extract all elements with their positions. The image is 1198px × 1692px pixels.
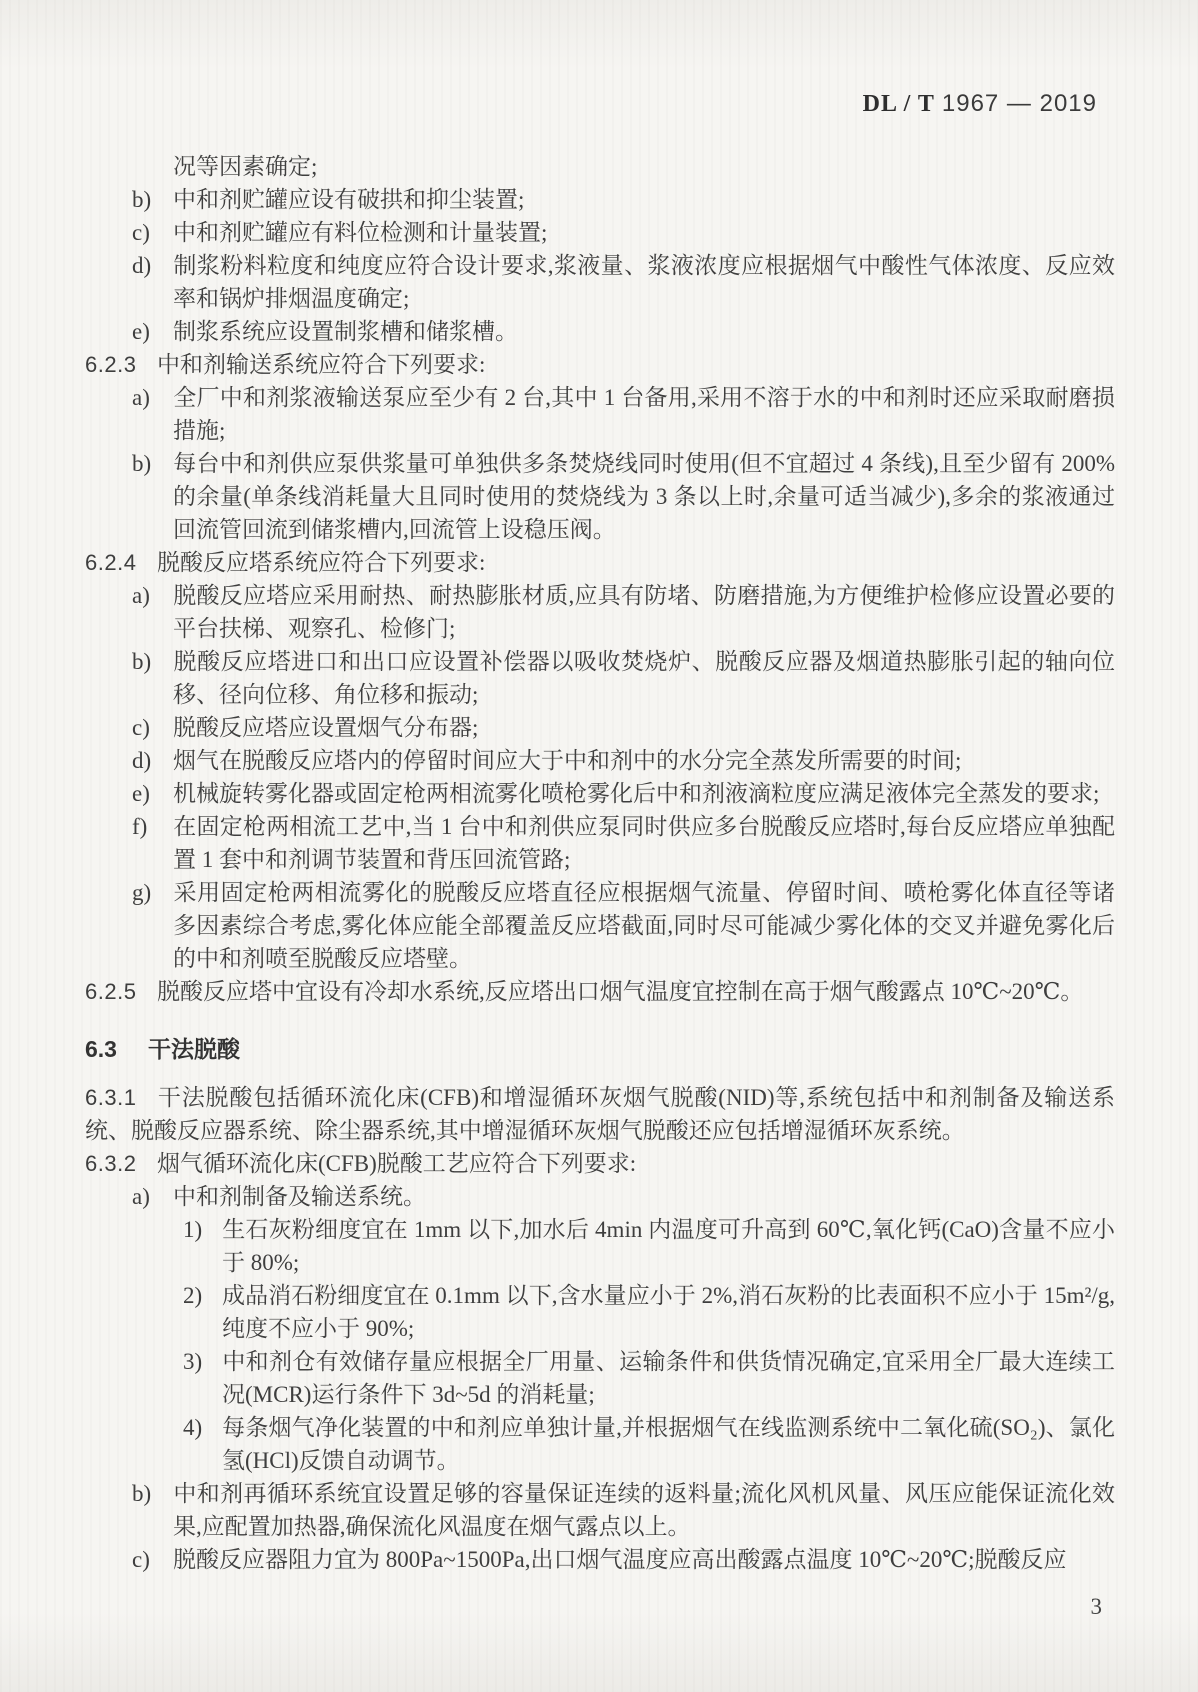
sub-item-1: 1)生石灰粉细度宜在 1mm 以下,加水后 4min 内温度可升高到 60℃,氧… — [85, 1213, 1115, 1279]
list-item-d: d)制浆粉料粒度和纯度应符合设计要求,浆液量、浆液浓度应根据烟气中酸性气体浓度、… — [85, 249, 1115, 315]
item-marker: d) — [132, 249, 173, 282]
list-item-a: a)中和剂制备及输送系统。 — [85, 1180, 1115, 1213]
item-marker: 3) — [183, 1345, 222, 1378]
clause-number: 6.2.4 — [85, 546, 157, 579]
item-marker: c) — [132, 1543, 173, 1576]
list-item-b: b)每台中和剂供应泵供浆量可单独供多条焚烧线同时使用(但不宜超过 4 条线),且… — [85, 447, 1115, 546]
item-marker: f) — [132, 810, 173, 843]
standard-code-number: 1967 — 2019 — [942, 90, 1097, 117]
item-marker: 1) — [183, 1213, 222, 1246]
list-item-e: e)制浆系统应设置制浆槽和储浆槽。 — [85, 315, 1115, 348]
item-marker: e) — [132, 777, 173, 810]
standard-code-prefix: DL / T — [863, 91, 935, 117]
item-text: 脱酸反应器阻力宜为 800Pa~1500Pa,出口烟气温度应高出酸露点温度 10… — [173, 1547, 1067, 1572]
item-marker: e) — [132, 315, 173, 348]
item-marker: a) — [132, 1180, 173, 1213]
item-text: 脱酸反应塔应设置烟气分布器; — [173, 715, 478, 740]
clause-number: 6.2.5 — [85, 975, 157, 1008]
item-marker: b) — [132, 645, 173, 678]
item-marker: c) — [132, 216, 173, 249]
list-item-a: a)全厂中和剂浆液输送泵应至少有 2 台,其中 1 台备用,采用不溶于水的中和剂… — [85, 381, 1115, 447]
clause-text: 干法脱酸包括循环流化床(CFB)和增湿循环灰烟气脱酸(NID)等,系统包括中和剂… — [85, 1085, 1115, 1143]
section-title: 干法脱酸 — [148, 1036, 240, 1062]
item-text: 每台中和剂供应泵供浆量可单独供多条焚烧线同时使用(但不宜超过 4 条线),且至少… — [173, 451, 1115, 542]
clause-6-2-4: 6.2.4脱酸反应塔系统应符合下列要求: — [85, 546, 1115, 579]
list-item-f: f)在固定枪两相流工艺中,当 1 台中和剂供应泵同时供应多台脱酸反应塔时,每台反… — [85, 810, 1115, 876]
clause-number: 6.3.1 — [85, 1081, 157, 1114]
item-text: 成品消石粉细度宜在 0.1mm 以下,含水量应小于 2%,消石灰粉的比表面积不应… — [222, 1283, 1115, 1341]
item-text: 烟气在脱酸反应塔内的停留时间应大于中和剂中的水分完全蒸发所需要的时间; — [173, 748, 961, 773]
item-marker: 4) — [183, 1411, 222, 1444]
list-item-b: b)中和剂再循环系统宜设置足够的容量保证连续的返料量;流化风机风量、风压应能保证… — [85, 1477, 1115, 1543]
page-header: DL / T 1967 — 2019 — [863, 90, 1097, 118]
clause-text: 脱酸反应塔系统应符合下列要求: — [157, 550, 485, 575]
clause-text: 烟气循环流化床(CFB)脱酸工艺应符合下列要求: — [157, 1151, 636, 1176]
list-item-b: b)中和剂贮罐应设有破拱和抑尘装置; — [85, 183, 1115, 216]
item-text: 制浆系统应设置制浆槽和储浆槽。 — [173, 319, 518, 344]
paragraph-text: 况等因素确定; — [173, 154, 317, 179]
item-marker: a) — [132, 579, 173, 612]
list-item-c: c)脱酸反应塔应设置烟气分布器; — [85, 711, 1115, 744]
sub-item-3: 3)中和剂仓有效储存量应根据全厂用量、运输条件和供货情况确定,宜采用全厂最大连续… — [85, 1345, 1115, 1411]
item-marker: a) — [132, 381, 173, 414]
clause-6-3-1: 6.3.1干法脱酸包括循环流化床(CFB)和增湿循环灰烟气脱酸(NID)等,系统… — [85, 1081, 1115, 1147]
clause-text: 中和剂输送系统应符合下列要求: — [157, 352, 485, 377]
section-number: 6.3 — [85, 1033, 148, 1066]
item-marker: d) — [132, 744, 173, 777]
list-item-g: g)采用固定枪两相流雾化的脱酸反应塔直径应根据烟气流量、停留时间、喷枪雾化体直径… — [85, 876, 1115, 975]
list-item-d: d)烟气在脱酸反应塔内的停留时间应大于中和剂中的水分完全蒸发所需要的时间; — [85, 744, 1115, 777]
item-text: 脱酸反应塔进口和出口应设置补偿器以吸收焚烧炉、脱酸反应器及烟道热膨胀引起的轴向位… — [173, 649, 1115, 707]
item-text: 中和剂贮罐应设有破拱和抑尘装置; — [173, 187, 524, 212]
list-item-e: e)机械旋转雾化器或固定枪两相流雾化喷枪雾化后中和剂液滴粒度应满足液体完全蒸发的… — [85, 777, 1115, 810]
clause-6-2-3: 6.2.3中和剂输送系统应符合下列要求: — [85, 348, 1115, 381]
item-text: 中和剂贮罐应有料位检测和计量装置; — [173, 220, 547, 245]
item-text: 中和剂仓有效储存量应根据全厂用量、运输条件和供货情况确定,宜采用全厂最大连续工况… — [222, 1349, 1115, 1407]
list-item-c: c)中和剂贮罐应有料位检测和计量装置; — [85, 216, 1115, 249]
item-marker: 2) — [183, 1279, 222, 1312]
list-item-a: a)脱酸反应塔应采用耐热、耐热膨胀材质,应具有防堵、防磨措施,为方便维护检修应设… — [85, 579, 1115, 645]
item-text: 机械旋转雾化器或固定枪两相流雾化喷枪雾化后中和剂液滴粒度应满足液体完全蒸发的要求… — [173, 781, 1099, 806]
item-text: 采用固定枪两相流雾化的脱酸反应塔直径应根据烟气流量、停留时间、喷枪雾化体直径等诸… — [173, 880, 1115, 971]
list-item-b: b)脱酸反应塔进口和出口应设置补偿器以吸收焚烧炉、脱酸反应器及烟道热膨胀引起的轴… — [85, 645, 1115, 711]
document-page: DL / T 1967 — 2019 况等因素确定; b)中和剂贮罐应设有破拱和… — [0, 0, 1198, 1692]
continuation-line: 况等因素确定; — [85, 150, 1115, 183]
document-body: 况等因素确定; b)中和剂贮罐应设有破拱和抑尘装置; c)中和剂贮罐应有料位检测… — [85, 150, 1115, 1576]
clause-number: 6.3.2 — [85, 1147, 157, 1180]
item-marker: g) — [132, 876, 173, 909]
section-heading-6-3: 6.3干法脱酸 — [85, 1033, 1115, 1066]
sub-item-4: 4)每条烟气净化装置的中和剂应单独计量,并根据烟气在线监测系统中二氧化硫(SO₂… — [85, 1411, 1115, 1477]
item-text: 制浆粉料粒度和纯度应符合设计要求,浆液量、浆液浓度应根据烟气中酸性气体浓度、反应… — [173, 253, 1115, 311]
item-text: 中和剂制备及输送系统。 — [173, 1184, 426, 1209]
item-marker: c) — [132, 711, 173, 744]
clause-number: 6.2.3 — [85, 348, 157, 381]
item-marker: b) — [132, 447, 173, 480]
list-item-c: c)脱酸反应器阻力宜为 800Pa~1500Pa,出口烟气温度应高出酸露点温度 … — [85, 1543, 1115, 1576]
item-text: 生石灰粉细度宜在 1mm 以下,加水后 4min 内温度可升高到 60℃,氧化钙… — [222, 1217, 1115, 1275]
page-number: 3 — [1091, 1593, 1103, 1621]
item-marker: b) — [132, 1477, 173, 1510]
sub-item-2: 2)成品消石粉细度宜在 0.1mm 以下,含水量应小于 2%,消石灰粉的比表面积… — [85, 1279, 1115, 1345]
clause-6-2-5: 6.2.5脱酸反应塔中宜设有冷却水系统,反应塔出口烟气温度宜控制在高于烟气酸露点… — [85, 975, 1115, 1008]
item-text: 每条烟气净化装置的中和剂应单独计量,并根据烟气在线监测系统中二氧化硫(SO₂)、… — [222, 1415, 1115, 1473]
item-text: 在固定枪两相流工艺中,当 1 台中和剂供应泵同时供应多台脱酸反应塔时,每台反应塔… — [173, 814, 1115, 872]
item-marker: b) — [132, 183, 173, 216]
clause-text: 脱酸反应塔中宜设有冷却水系统,反应塔出口烟气温度宜控制在高于烟气酸露点 10℃~… — [157, 979, 1083, 1004]
item-text: 中和剂再循环系统宜设置足够的容量保证连续的返料量;流化风机风量、风压应能保证流化… — [173, 1481, 1115, 1539]
item-text: 脱酸反应塔应采用耐热、耐热膨胀材质,应具有防堵、防磨措施,为方便维护检修应设置必… — [173, 583, 1115, 641]
clause-6-3-2: 6.3.2烟气循环流化床(CFB)脱酸工艺应符合下列要求: — [85, 1147, 1115, 1180]
item-text: 全厂中和剂浆液输送泵应至少有 2 台,其中 1 台备用,采用不溶于水的中和剂时还… — [173, 385, 1115, 443]
